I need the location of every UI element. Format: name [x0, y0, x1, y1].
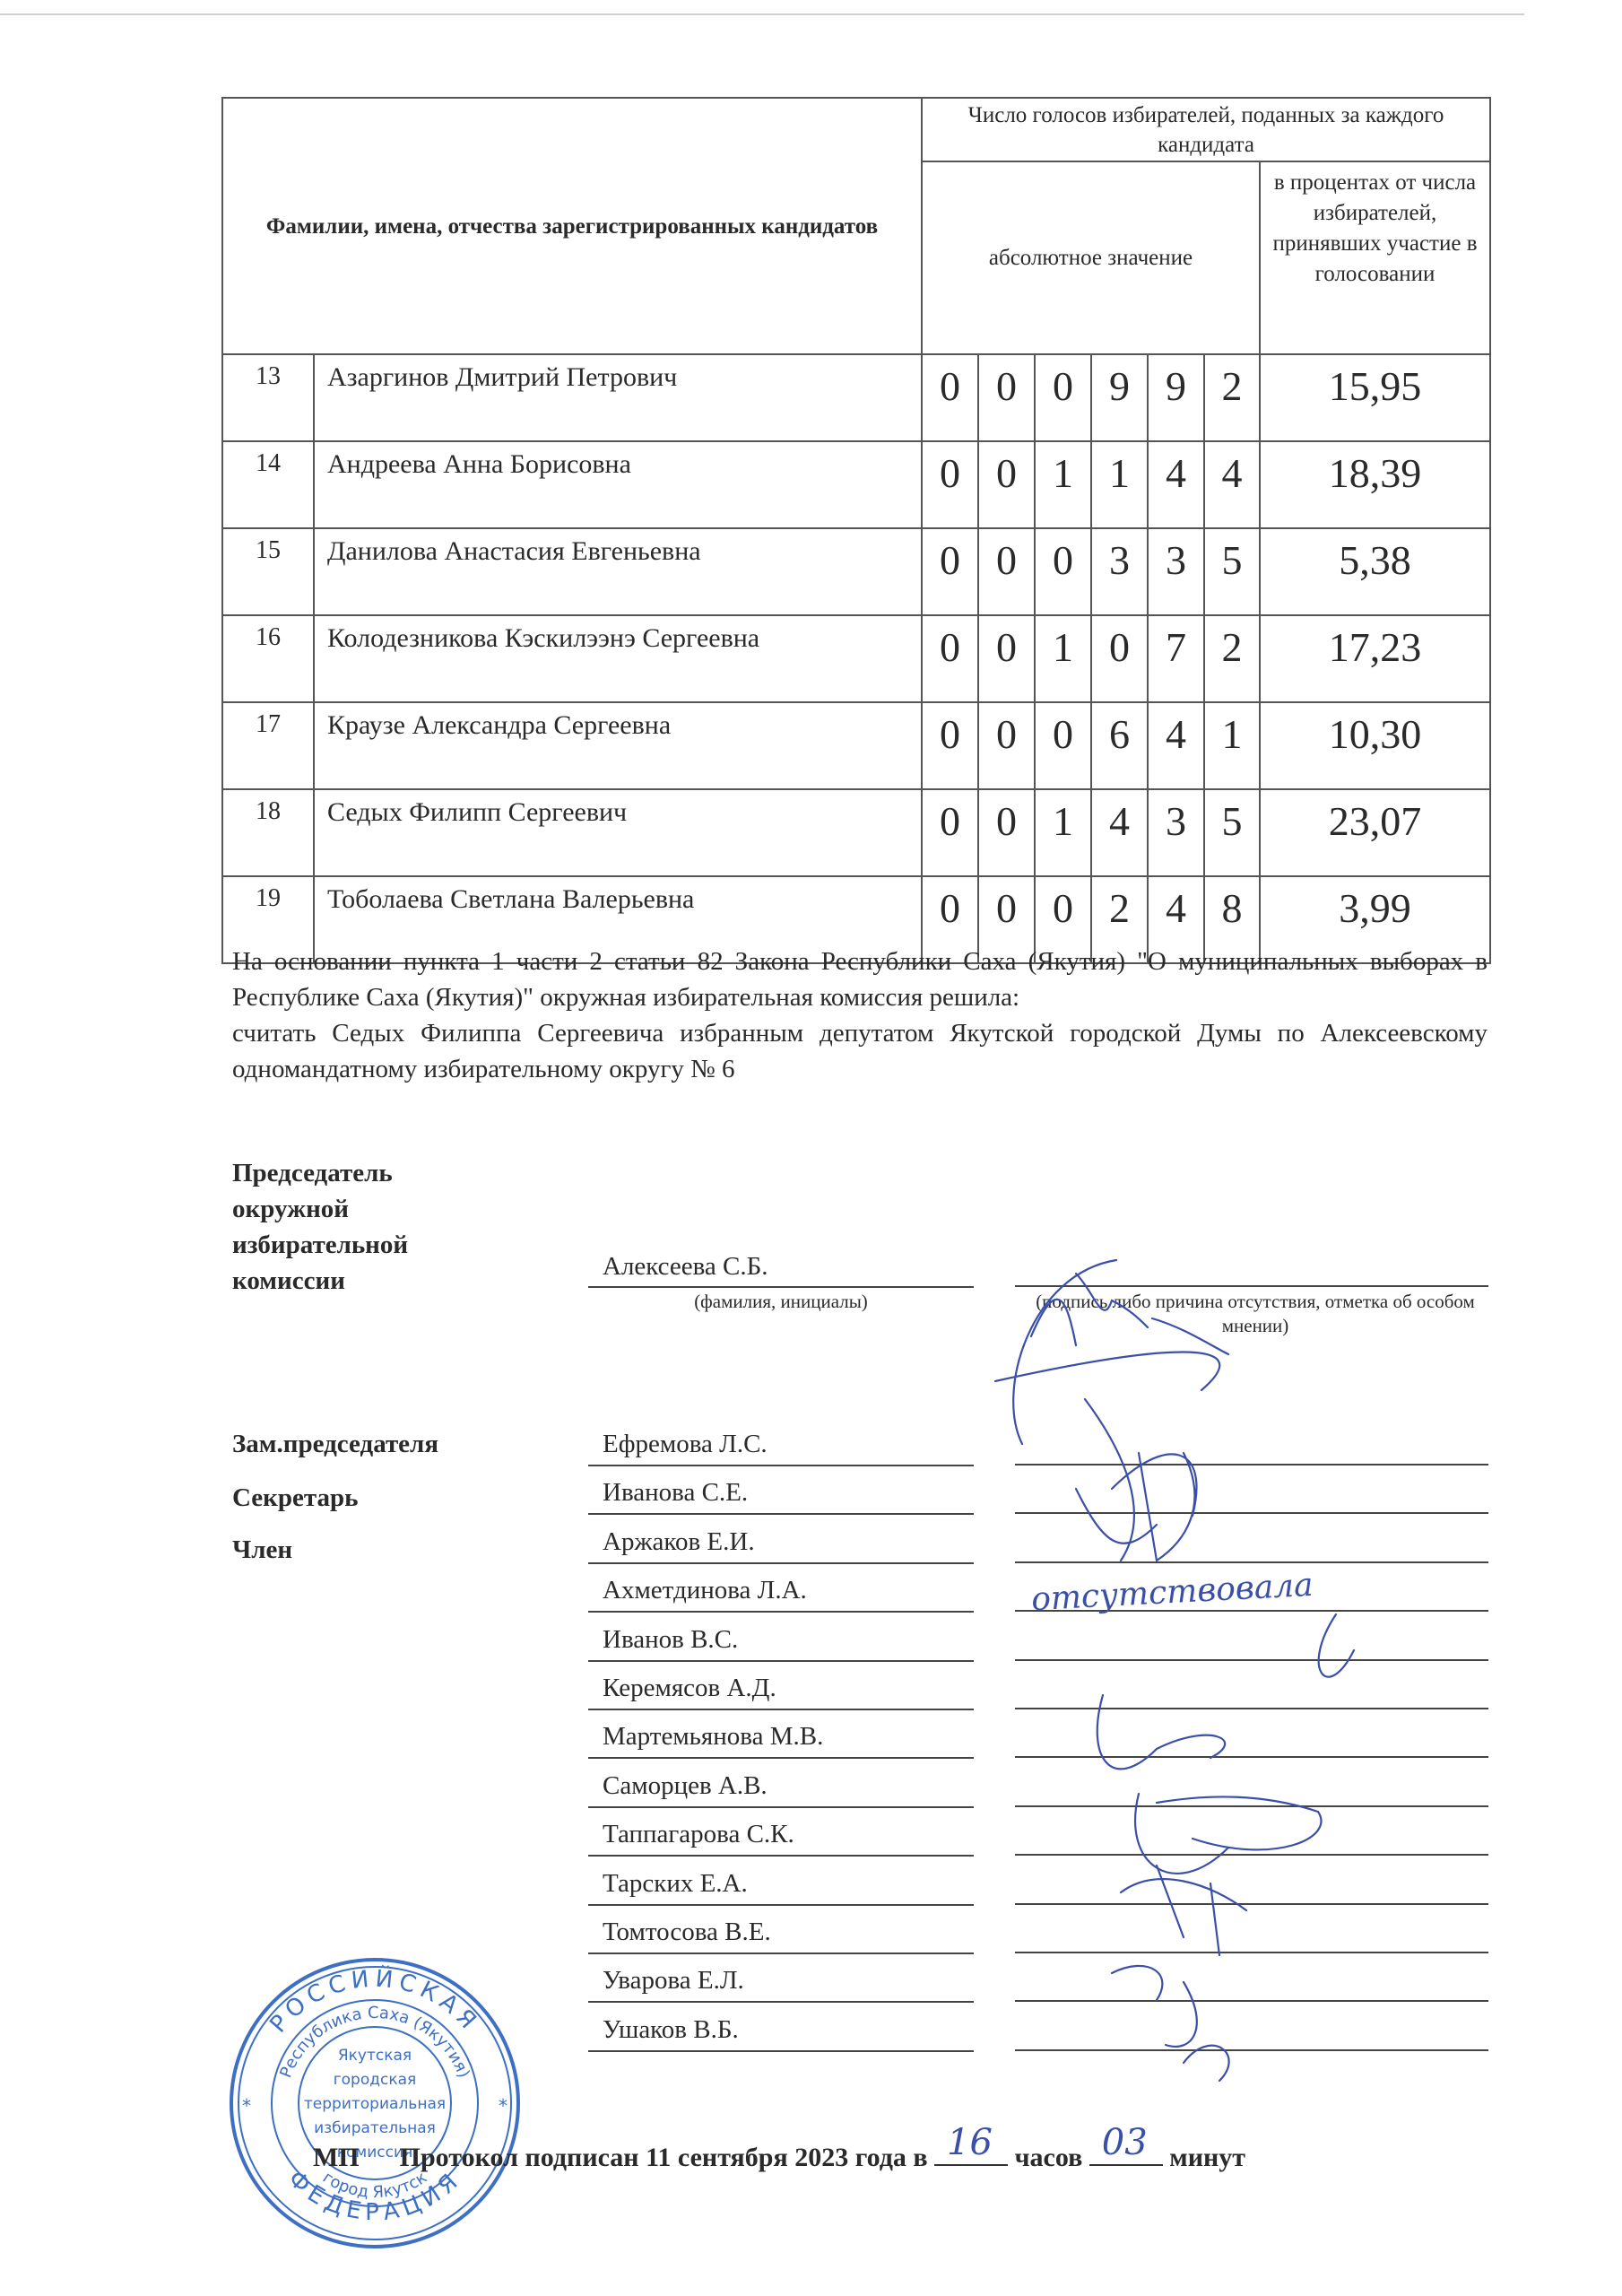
vote-digit: 1 — [1035, 615, 1091, 702]
vote-digit: 4 — [1148, 702, 1204, 789]
minutes-value: 03 — [1102, 2125, 1148, 2161]
mp-label: МП — [313, 2143, 360, 2172]
vote-digit: 0 — [922, 354, 978, 441]
vote-digit: 6 — [1091, 702, 1148, 789]
member-name: Керемясов А.Д. — [603, 1670, 776, 1706]
name-line — [588, 1952, 974, 1954]
signature-scribbles — [977, 1220, 1515, 2117]
member-name: Иванов В.С. — [603, 1622, 738, 1657]
header-percent: в процентах от числа избирателей, приняв… — [1260, 161, 1490, 354]
stamp-center-line: городская — [334, 2071, 417, 2089]
name-line — [588, 2001, 974, 2003]
decision-text: На основании пункта 1 части 2 статьи 82 … — [232, 944, 1488, 1087]
hours-value: 16 — [947, 2125, 993, 2161]
vote-digit: 0 — [978, 441, 1035, 528]
vote-digit: 0 — [1035, 354, 1091, 441]
vote-digit: 0 — [922, 789, 978, 876]
candidate-name: Седых Филипп Сергеевич — [314, 789, 922, 876]
svg-text:*: * — [242, 2095, 251, 2117]
vote-digit: 0 — [1035, 702, 1091, 789]
name-line — [588, 1660, 974, 1662]
member-name: Мартемьянова М.В. — [603, 1718, 823, 1754]
table-row: 14Андреева Анна Борисовна00114418,39 — [222, 441, 1490, 528]
official-stamp: РОССИЙСКАЯ ФЕДЕРАЦИЯ Республика Саха (Як… — [222, 1951, 527, 2256]
table-row: 15Данилова Анастасия Евгеньевна0003355,3… — [222, 528, 1490, 615]
candidate-number: 17 — [222, 702, 314, 789]
member-name: Ахметдинова Л.А. — [603, 1572, 807, 1608]
role-chair: Председатель окружной избирательной коми… — [232, 1155, 447, 1299]
candidate-number: 14 — [222, 441, 314, 528]
stamp-center-line: Якутская — [338, 2047, 412, 2065]
candidate-name: Андреева Анна Борисовна — [314, 441, 922, 528]
vote-digit: 1 — [1204, 702, 1260, 789]
vote-digit: 1 — [1035, 789, 1091, 876]
hours-field: 16 — [934, 2139, 1008, 2166]
vote-digit: 0 — [922, 615, 978, 702]
member-name: Уварова Е.Л. — [603, 1962, 744, 1998]
results-table: Фамилии, имена, отчества зарегистрирован… — [221, 97, 1491, 964]
vote-digit: 5 — [1204, 528, 1260, 615]
role-deputy: Зам.председателя — [232, 1426, 438, 1462]
name-line — [588, 1806, 974, 1808]
signing-footer: МП Протокол подписан 11 сентября 2023 го… — [313, 2139, 1245, 2176]
member-name: Тарских Е.А. — [603, 1865, 748, 1901]
member-name: Аржаков Е.И. — [603, 1524, 755, 1560]
name-line — [588, 2050, 974, 2052]
vote-percent: 17,23 — [1260, 615, 1490, 702]
signed-text: Протокол подписан 11 сентября 2023 года … — [400, 2143, 928, 2172]
vote-digit: 0 — [1035, 528, 1091, 615]
decision-resolution: считать Седых Филиппа Сергеевича избранн… — [232, 1015, 1488, 1087]
decision-basis: На основании пункта 1 части 2 статьи 82 … — [232, 944, 1488, 1015]
vote-digit: 1 — [1091, 441, 1148, 528]
candidate-name: Азаргинов Дмитрий Петрович — [314, 354, 922, 441]
member-name: Саморцев А.В. — [603, 1768, 768, 1804]
candidate-name: Колодезникова Кэскилээнэ Сергеевна — [314, 615, 922, 702]
member-name: Ушаков В.Б. — [603, 2012, 739, 2048]
stamp-center-line: избирательная — [314, 2119, 436, 2137]
table-row: 13Азаргинов Дмитрий Петрович00099215,95 — [222, 354, 1490, 441]
stamp-center-line: территориальная — [304, 2095, 446, 2113]
name-line — [588, 1562, 974, 1564]
vote-digit: 1 — [1035, 441, 1091, 528]
vote-digit: 5 — [1204, 789, 1260, 876]
vote-digit: 7 — [1148, 615, 1204, 702]
minutes-label: минут — [1169, 2143, 1245, 2172]
vote-digit: 4 — [1148, 441, 1204, 528]
secretary-name: Иванова С.Е. — [603, 1474, 748, 1510]
vote-digit: 9 — [1091, 354, 1148, 441]
table-row: 18Седых Филипп Сергеевич00143523,07 — [222, 789, 1490, 876]
vote-digit: 2 — [1204, 615, 1260, 702]
candidate-number: 16 — [222, 615, 314, 702]
name-line — [588, 1611, 974, 1613]
vote-digit: 0 — [978, 354, 1035, 441]
name-line — [588, 1757, 974, 1759]
vote-percent: 5,38 — [1260, 528, 1490, 615]
minutes-field: 03 — [1089, 2139, 1163, 2166]
vote-percent: 23,07 — [1260, 789, 1490, 876]
member-name: Томтосова В.Е. — [603, 1914, 771, 1950]
role-member: Член — [232, 1532, 292, 1568]
header-votes-group: Число голосов избирателей, поданных за к… — [922, 98, 1490, 161]
candidate-number: 13 — [222, 354, 314, 441]
candidate-number: 18 — [222, 789, 314, 876]
vote-percent: 10,30 — [1260, 702, 1490, 789]
candidate-name: Краузе Александра Сергеевна — [314, 702, 922, 789]
candidate-name: Данилова Анастасия Евгеньевна — [314, 528, 922, 615]
candidate-number: 15 — [222, 528, 314, 615]
vote-digit: 2 — [1204, 354, 1260, 441]
vote-digit: 9 — [1148, 354, 1204, 441]
vote-digit: 0 — [922, 441, 978, 528]
header-candidates: Фамилии, имена, отчества зарегистрирован… — [222, 98, 922, 354]
name-line — [588, 1286, 974, 1288]
vote-digit: 0 — [978, 702, 1035, 789]
vote-digit: 4 — [1091, 789, 1148, 876]
name-line — [588, 1904, 974, 1906]
name-line — [588, 1709, 974, 1710]
vote-digit: 0 — [922, 528, 978, 615]
vote-percent: 15,95 — [1260, 354, 1490, 441]
vote-digit: 0 — [978, 528, 1035, 615]
table-row: 16Колодезникова Кэскилээнэ Сергеевна0010… — [222, 615, 1490, 702]
vote-digit: 0 — [1091, 615, 1148, 702]
caption-name: (фамилия, инициалы) — [588, 1290, 974, 1314]
vote-digit: 3 — [1148, 528, 1204, 615]
vote-digit: 0 — [978, 789, 1035, 876]
role-secretary: Секретарь — [232, 1480, 358, 1516]
name-line — [588, 1855, 974, 1857]
scan-edge-line — [0, 13, 1524, 15]
vote-digit: 3 — [1091, 528, 1148, 615]
name-line — [588, 1465, 974, 1466]
vote-digit: 0 — [922, 702, 978, 789]
svg-text:*: * — [499, 2095, 507, 2117]
vote-digit: 0 — [978, 615, 1035, 702]
deputy-name: Ефремова Л.С. — [603, 1426, 768, 1462]
vote-digit: 3 — [1148, 789, 1204, 876]
hours-label: часов — [1015, 2143, 1083, 2172]
member-name: Таппагарова С.К. — [603, 1816, 794, 1852]
header-absolute: абсолютное значение — [922, 161, 1260, 354]
name-line — [588, 1513, 974, 1515]
table-row: 17Краузе Александра Сергеевна00064110,30 — [222, 702, 1490, 789]
vote-digit: 4 — [1204, 441, 1260, 528]
chair-name: Алексеева С.Б. — [603, 1248, 768, 1284]
vote-percent: 18,39 — [1260, 441, 1490, 528]
